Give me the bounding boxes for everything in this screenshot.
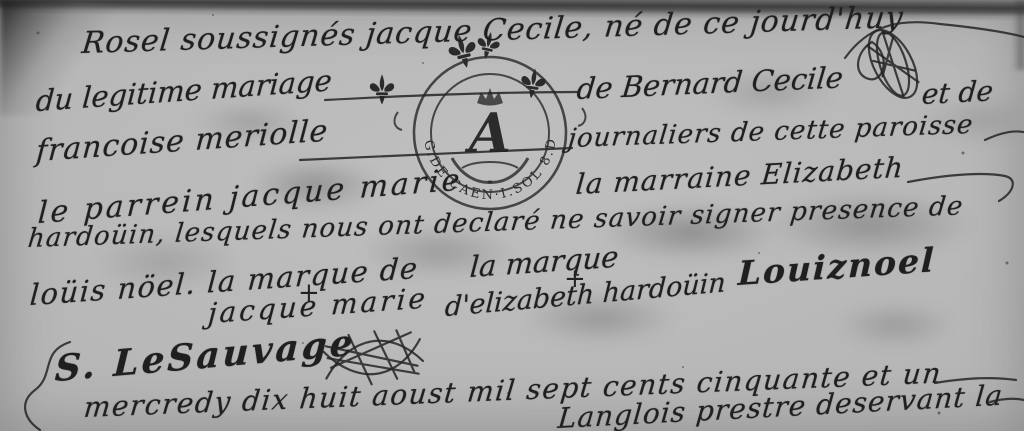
page-right-edge — [1012, 0, 1024, 70]
stamp-crown-icon — [477, 88, 503, 106]
stamp-branch-right — [488, 158, 528, 182]
cross-mark-jacque-marie: + — [298, 278, 320, 308]
cross-mark-elizabeth: + — [564, 264, 586, 294]
fleur-de-lis-icon — [370, 74, 394, 104]
text-line-etde: et de — [921, 74, 995, 111]
text-line-journaliers: journaliers de cette paroisse — [566, 110, 975, 154]
text-line-father: de Bernard Cecile — [575, 60, 844, 106]
stroke-through-stamp-2 — [300, 148, 572, 160]
stroke-through-stamp-1 — [325, 92, 578, 100]
stamp-scroll-left — [395, 112, 402, 130]
text-line-mother: francoise meriolle — [35, 113, 330, 169]
fleur-de-lis-icon — [519, 67, 547, 100]
stamp-monogram: A — [464, 101, 511, 165]
text-line-godmother: la marraine Elizabeth — [575, 151, 906, 201]
signature-louiznoel: Louiznoel — [737, 240, 936, 293]
ink-specks — [0, 0, 2, 2]
stamp-garland — [462, 162, 518, 168]
text-line-la-marque: la marque — [469, 239, 620, 284]
manuscript-page: G.DE CAEN·I.SOL 8.D A Rosel soussignés j… — [0, 0, 1024, 431]
signature-lesauvage: S. LeSauvage — [54, 322, 357, 391]
flourish-loop-top — [858, 42, 884, 79]
flourish-after-paroisse — [985, 131, 1023, 140]
